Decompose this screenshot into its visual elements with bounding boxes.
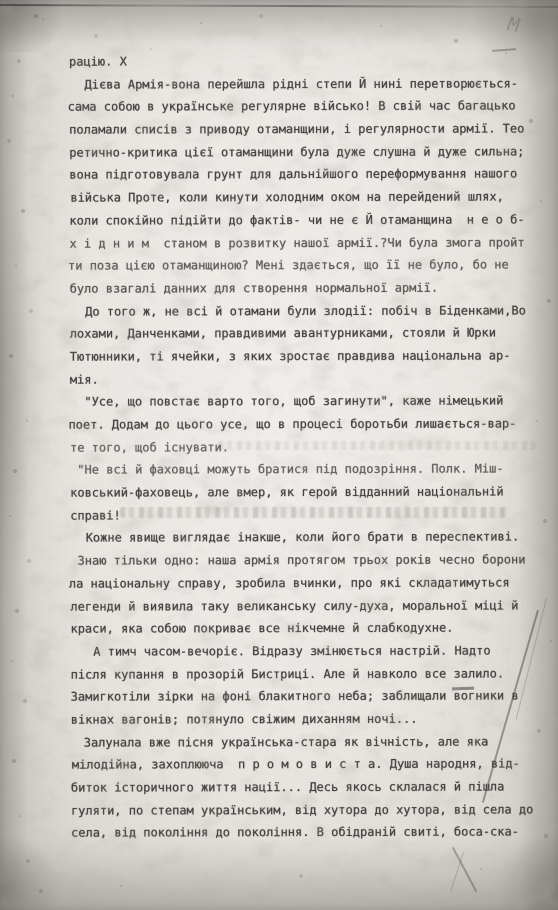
text-line: поет. Додам до цього усе, що в процесі б… bbox=[68, 412, 548, 436]
text-line: Залунала вже пісня українська-стара як в… bbox=[69, 730, 549, 754]
text-line: сама собою в українське регулярне військ… bbox=[68, 95, 548, 119]
smudge-artifact bbox=[0, 0, 78, 52]
text-line: те того, щоб існувати. bbox=[70, 435, 550, 459]
text-line: легенди й виявила таку великанську силу-… bbox=[70, 594, 550, 618]
text-line: Дієва Армія-вона перейшла рідні степи Й … bbox=[70, 72, 550, 96]
text-line: гуляти, по степам українським, від хутор… bbox=[71, 798, 551, 822]
text-line: коли спокійно підійти до фактів- чи не є… bbox=[69, 208, 549, 232]
text-line: ти поза цією отаманщиною? Мені здається,… bbox=[68, 254, 548, 278]
text-line: справі! bbox=[70, 503, 550, 527]
smudge-artifact bbox=[0, 830, 66, 910]
text-line: "Не всі й фаховці можуть братися під под… bbox=[70, 458, 550, 482]
text-line: Кожне явище виглядає інакше, коли його б… bbox=[71, 526, 551, 550]
text-line: ла національну справу, зробила вчинки, п… bbox=[69, 571, 549, 595]
text-line: До того ж, не всі й отамани були злодії:… bbox=[71, 299, 551, 323]
text-line: поламали списів з приводу отаманщини, і … bbox=[69, 117, 549, 141]
scratch-artifact bbox=[450, 852, 464, 892]
text-line: "Усе, що повстає варто того, щоб загинут… bbox=[70, 390, 550, 414]
text-line: вона підготовувала грунт для дальнійшого… bbox=[69, 163, 549, 187]
scanned-page: М рацію. Х Дієва Армія-вона перейшла рід… bbox=[0, 0, 558, 910]
text-line: А тимч часом-вечоріє. Відразу змінюється… bbox=[72, 639, 552, 663]
smudge-artifact bbox=[0, 180, 45, 600]
dust-speckles bbox=[0, 0, 2, 2]
text-line: ретично-критика цієї отаманщини була дуж… bbox=[69, 140, 549, 164]
text-line: Тютюнники, ті ячейки, з яких зростає пра… bbox=[70, 344, 550, 368]
text-line: рацію. Х bbox=[69, 49, 549, 73]
text-line: Знаю тільки одно: наша армія протягом тр… bbox=[70, 548, 550, 572]
text-line: війська Проте, коли кинути холодним оком… bbox=[70, 185, 550, 209]
text-line: Замигкотіли зірки на фоні блакитного неб… bbox=[71, 685, 551, 709]
text-line: мія. bbox=[70, 367, 550, 391]
text-line: биток історичного життя нації... Десь як… bbox=[71, 775, 551, 799]
text-line: вікнах вагонів; потянуло свіжим диханням… bbox=[71, 707, 551, 731]
handwritten-mark: М bbox=[506, 13, 519, 36]
text-line: лохами, Данченками, правдивими авантурни… bbox=[70, 322, 550, 346]
text-line: краси, яка собою покриває все нікчемне й… bbox=[70, 617, 550, 641]
text-line: ковський-фаховець, але вмер, як герой ві… bbox=[70, 480, 550, 504]
text-line: мілодійна, захоплююча п р о м о в и с т … bbox=[72, 753, 552, 777]
scan-edge-artifact bbox=[0, 4, 558, 8]
text-line: х і д н и м станом в розвитку нашої армі… bbox=[69, 231, 549, 255]
text-line: було взагалі данних для створення нормал… bbox=[70, 276, 550, 300]
text-line: після купання в прозорій Бистриці. Але й… bbox=[71, 662, 551, 686]
scratch-artifact bbox=[452, 847, 477, 892]
text-line: села, від покоління до покоління. В обід… bbox=[71, 821, 551, 845]
typewritten-text: рацію. Х Дієва Армія-вона перейшла рідні… bbox=[69, 49, 551, 844]
